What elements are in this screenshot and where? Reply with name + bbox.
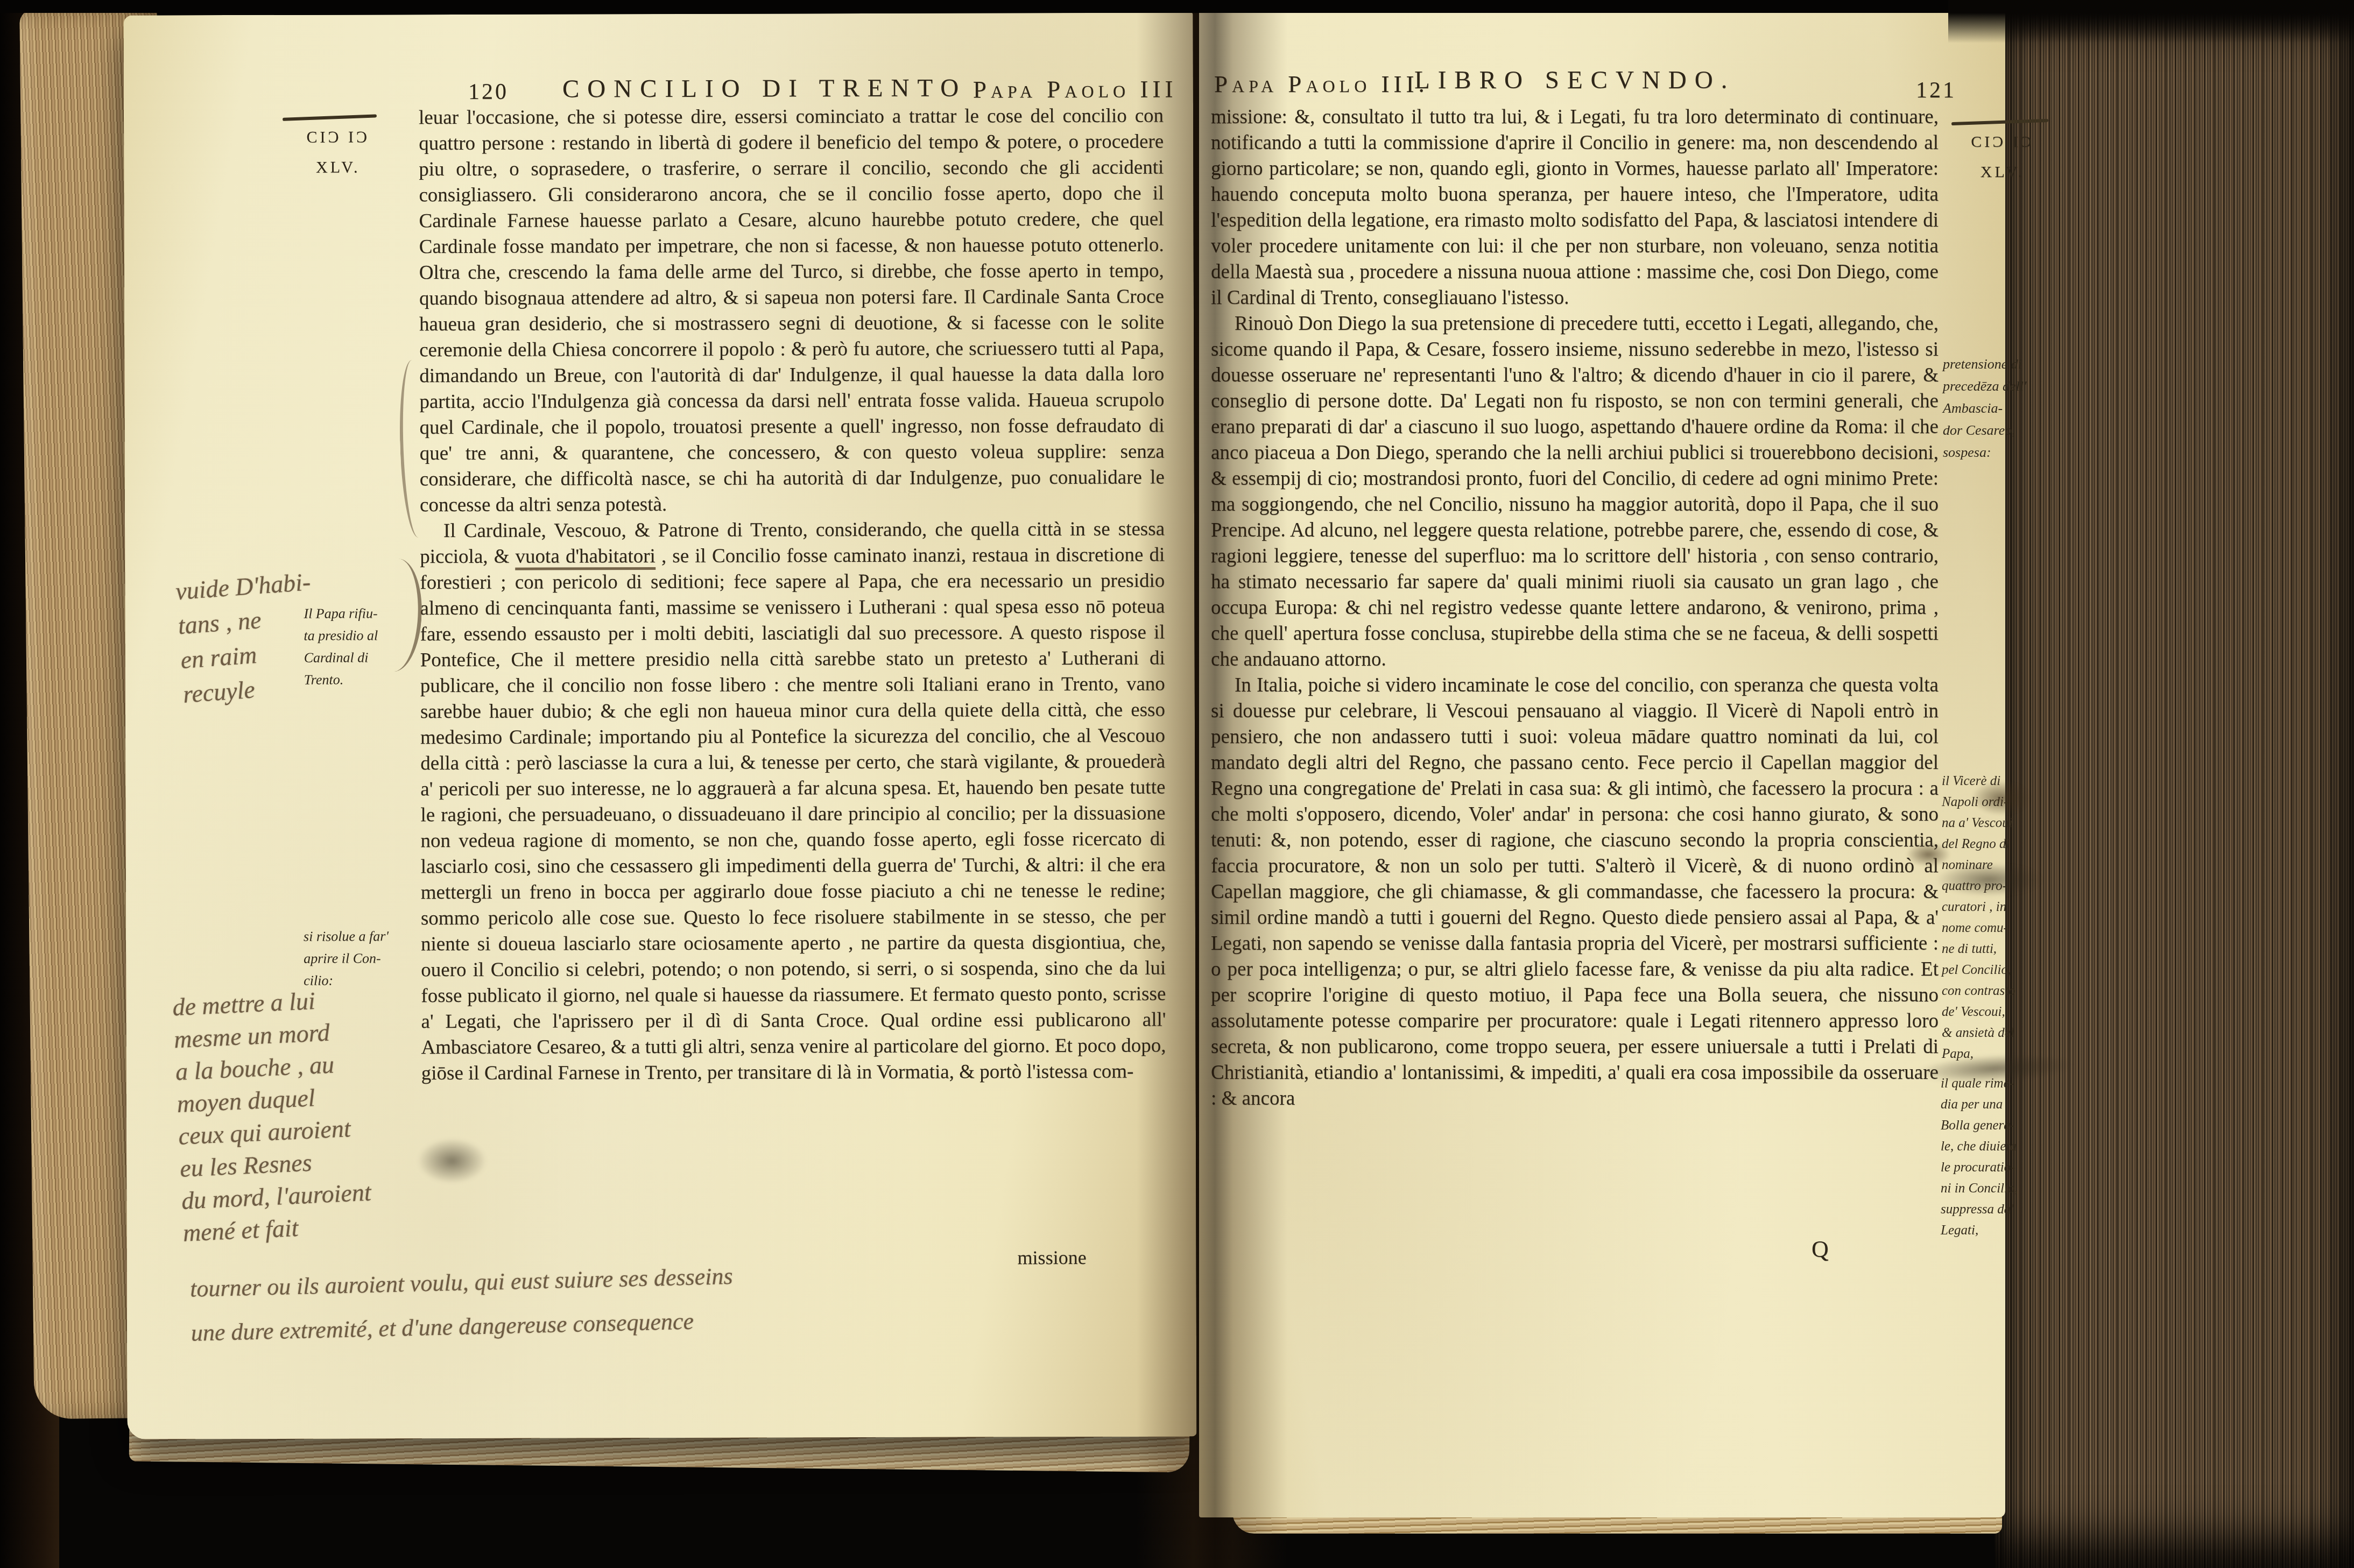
margin-rule-left [283, 114, 377, 121]
ink-smudge [1935, 863, 2043, 896]
handwritten-annotation-bottom: tourner ou ils auroient voulu, qui eust … [189, 1242, 1241, 1355]
foxing-stain [1969, 779, 2033, 817]
margin-date-left-line2: XLV. [295, 152, 381, 182]
margin-date-left: CIƆ IƆ XLV. [295, 122, 381, 182]
margin-date-right-line1: CIƆ IƆ [1957, 127, 2048, 157]
margin-note-printed: il quale rime-dia per unaBolla genera-le… [1941, 1073, 2059, 1241]
ink-underlined-phrase: vuota d'habitatori [516, 545, 656, 570]
page-number-right: 121 [1916, 77, 1956, 103]
margin-date-right-line2: XLV. [1957, 157, 2048, 187]
page-text-left: leuar l'occasione, che si potesse dire, … [419, 103, 1166, 1087]
catchword-right: Q [1812, 1235, 1829, 1263]
page-left: 120 CONCILIO DI TRENTO Papa Paolo III CI… [124, 12, 1197, 1439]
paragraph: Rinouò Don Diego la sua pretensione di p… [1211, 311, 1939, 673]
running-head-right-papa: Papa Paolo III. [1214, 70, 1429, 98]
margin-date-left-line1: CIƆ IƆ [295, 122, 381, 152]
paragraph: missione: &, consultato il tutto tra lui… [1211, 104, 1939, 311]
foxing-stain [1904, 841, 1953, 868]
paragraph: leuar l'occasione, che si potesse dire, … [419, 103, 1165, 519]
handwritten-annotation-middle: de mettre a luimesme un morda la bouche … [172, 973, 570, 1249]
running-head-left-papa: Papa Paolo III [973, 75, 1178, 103]
corner-shadow [1948, 0, 2354, 43]
page-right: Papa Paolo III. LIBRO SECVNDO. 121 CIƆ I… [1199, 4, 2005, 1517]
margin-note-printed: pretensione diprecedēza dell'Ambascia-do… [1943, 353, 2059, 463]
ink-smudge [417, 1138, 487, 1184]
page-text-right: missione: &, consultato il tutto tra lui… [1211, 104, 1939, 1112]
page-number-left: 120 [468, 79, 509, 105]
open-book-photo: 120 CONCILIO DI TRENTO Papa Paolo III CI… [0, 0, 2354, 1568]
running-head-right: LIBRO SECVNDO. [1414, 66, 1735, 95]
handwritten-annotation-upper: vuide D'habi-tans , neen raimrecuyle [174, 551, 506, 712]
paragraph: In Italia, poiche si videro incaminate l… [1211, 673, 1939, 1112]
margin-date-right: CIƆ IƆ XLV. [1957, 127, 2048, 187]
running-head-left: CONCILIO DI TRENTO [562, 74, 967, 104]
